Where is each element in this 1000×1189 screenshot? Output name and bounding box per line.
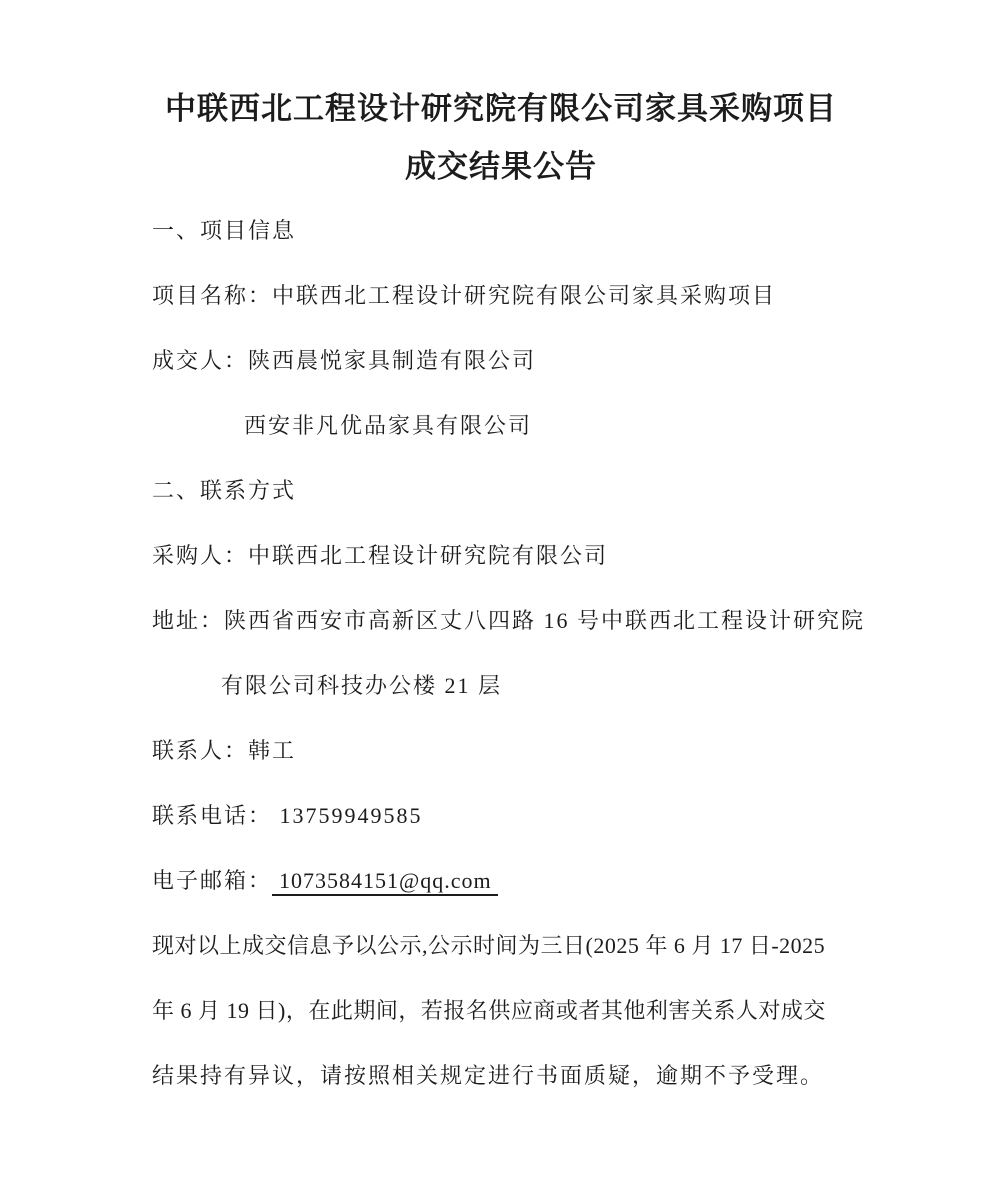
title-line-2: 成交结果公告 [152, 138, 850, 196]
notice-line-3: 结果持有异议，请按照相关规定进行书面质疑，逾期不予受理。 [152, 1043, 850, 1108]
notice-line-2: 年 6 月 19 日)，在此期间，若报名供应商或者其他利害关系人对成交 [152, 978, 850, 1043]
document-page: 中联西北工程设计研究院有限公司家具采购项目 成交结果公告 一、项目信息 项目名称… [0, 0, 1000, 1189]
email-value: 1073584151@qq.com [272, 868, 498, 896]
title-line-1: 中联西北工程设计研究院有限公司家具采购项目 [152, 80, 850, 138]
document-title: 中联西北工程设计研究院有限公司家具采购项目 成交结果公告 [152, 80, 850, 196]
winner-line-2: 西安非凡优品家具有限公司 [152, 393, 850, 458]
address-line-2: 有限公司科技办公楼 21 层 [152, 653, 850, 718]
section-heading-project-info: 一、项目信息 [152, 198, 850, 263]
purchaser-line: 采购人：中联西北工程设计研究院有限公司 [152, 523, 850, 588]
section-heading-contact-info: 二、联系方式 [152, 458, 850, 523]
email-line: 电子邮箱：1073584151@qq.com [152, 848, 850, 913]
project-name-line: 项目名称：中联西北工程设计研究院有限公司家具采购项目 [152, 263, 850, 328]
phone-line: 联系电话： 13759949585 [152, 783, 850, 848]
contact-person-line: 联系人：韩工 [152, 718, 850, 783]
notice-line-1: 现对以上成交信息予以公示,公示时间为三日(2025 年 6 月 17 日-202… [152, 913, 850, 978]
document-body: 一、项目信息 项目名称：中联西北工程设计研究院有限公司家具采购项目 成交人：陕西… [152, 198, 850, 1108]
email-label: 电子邮箱： [152, 868, 272, 893]
winner-line-1: 成交人：陕西晨悦家具制造有限公司 [152, 328, 850, 393]
address-line-1: 地址：陕西省西安市高新区丈八四路 16 号中联西北工程设计研究院 [152, 588, 850, 653]
